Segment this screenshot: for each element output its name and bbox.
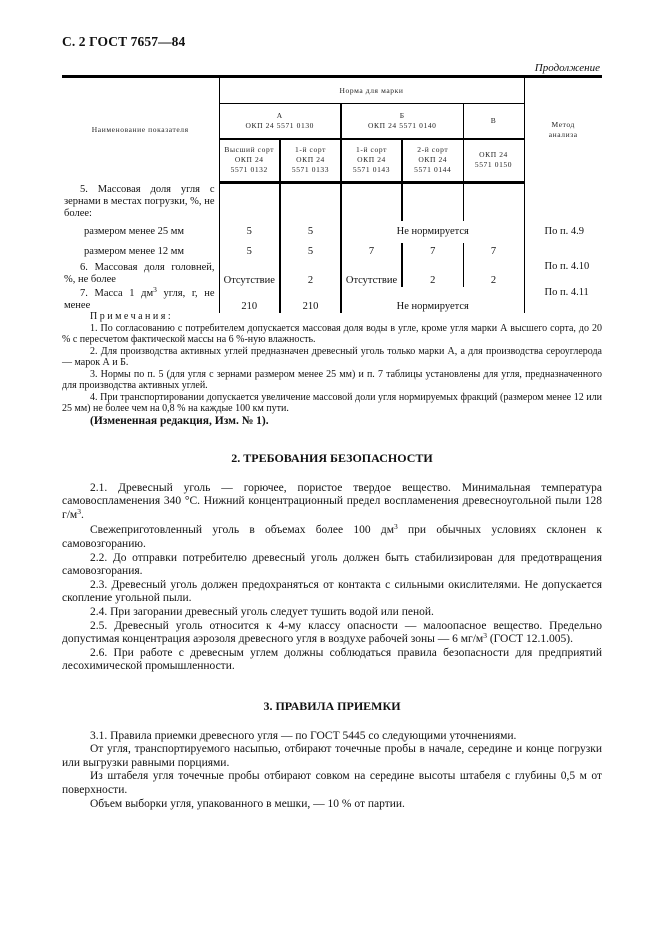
row-name: 6. Массовая доля головней, %, не более [62, 261, 219, 287]
paragraph: Объем выборки угля, упакованного в мешки… [62, 798, 602, 812]
method-ref: По п. 4.9 [524, 221, 602, 243]
row-name: размером менее 25 мм [62, 221, 219, 243]
note-item: 4. При транспортировании допускается уве… [62, 392, 602, 415]
col-header-norm: Норма для марки [219, 77, 524, 104]
row-name: размером менее 12 мм [62, 243, 219, 261]
row-name: 7. Масса 1 дм3 угля, г, не менее [62, 287, 219, 313]
col-header-name: Наименование показателя [62, 77, 219, 183]
paragraph: Свежеприготовленный уголь в объемах боле… [62, 524, 602, 551]
continuation-label: Продолжение [535, 62, 600, 74]
table-row: 7. Масса 1 дм3 угля, г, не менее 210 210… [62, 287, 602, 313]
paragraph: 2.4. При загорании древесный уголь следу… [62, 606, 602, 620]
section-title: 2. ТРЕБОВАНИЯ БЕЗОПАСНОСТИ [62, 452, 602, 466]
method-ref: По п. 4.10 [524, 261, 602, 287]
paragraph: 3.1. Правила приемки древесного угля — п… [62, 730, 602, 744]
method-ref: По п. 4.11 [524, 287, 602, 313]
table-row: 5. Массовая доля угля с зернами в местах… [62, 183, 602, 221]
page-header: С. 2 ГОСТ 7657—84 [62, 34, 185, 50]
paragraph: 2.2. До отправки потребителю древесный у… [62, 552, 602, 579]
table-notes: Примечания: 1. По согласованию с потреби… [62, 311, 602, 415]
paragraph: 2.6. При работе с древесным углем должны… [62, 647, 602, 674]
note-item: 1. По согласованию с потребителем допуск… [62, 323, 602, 346]
grade-v-header: В [463, 104, 524, 139]
note-item: 2. Для производства активных углей предн… [62, 346, 602, 369]
paragraph: Из штабеля угля точечные пробы отбирают … [62, 770, 602, 797]
section-title: 3. ПРАВИЛА ПРИЕМКИ [62, 700, 602, 714]
paragraph: 2.5. Древесный уголь относится к 4-му кл… [62, 620, 602, 647]
table-row: размером менее 12 мм 5 5 7 7 7 [62, 243, 602, 261]
grade-b-header: БОКП 24 5571 0140 [341, 104, 463, 139]
row-name: 5. Массовая доля угля с зернами в местах… [62, 183, 219, 221]
section-safety: 2. ТРЕБОВАНИЯ БЕЗОПАСНОСТИ 2.1. Древесны… [62, 452, 602, 674]
notes-title: Примечания: [62, 311, 602, 323]
not-normalized: Не нормируется [341, 287, 524, 313]
norms-table: Наименование показателя Норма для марки … [62, 75, 602, 313]
amendment-note: (Измененная редакция, Изм. № 1). [90, 415, 269, 427]
col-header-method: Метод анализа [524, 77, 602, 183]
subgrade-header: 1-й сортОКП 245571 0133 [280, 139, 341, 183]
subgrade-header: ОКП 245571 0150 [463, 139, 524, 183]
subgrade-header: 1-й сортОКП 245571 0143 [341, 139, 402, 183]
table-row: размером менее 25 мм 5 5 Не нормируется … [62, 221, 602, 243]
paragraph: 2.3. Древесный уголь должен предохранять… [62, 579, 602, 606]
section-acceptance: 3. ПРАВИЛА ПРИЕМКИ 3.1. Правила приемки … [62, 700, 602, 811]
subgrade-header: 2-й сортОКП 245571 0144 [402, 139, 463, 183]
table-row: 6. Массовая доля головней, %, не более О… [62, 261, 602, 287]
grade-a-header: АОКП 24 5571 0130 [219, 104, 341, 139]
paragraph: От угля, транспортируемого насыпью, отби… [62, 743, 602, 770]
not-normalized: Не нормируется [341, 221, 524, 243]
paragraph: 2.1. Древесный уголь — горючее, пористое… [62, 482, 602, 523]
note-item: 3. Нормы по п. 5 (для угля с зернами раз… [62, 369, 602, 392]
subgrade-header: Высший сортОКП 245571 0132 [219, 139, 280, 183]
